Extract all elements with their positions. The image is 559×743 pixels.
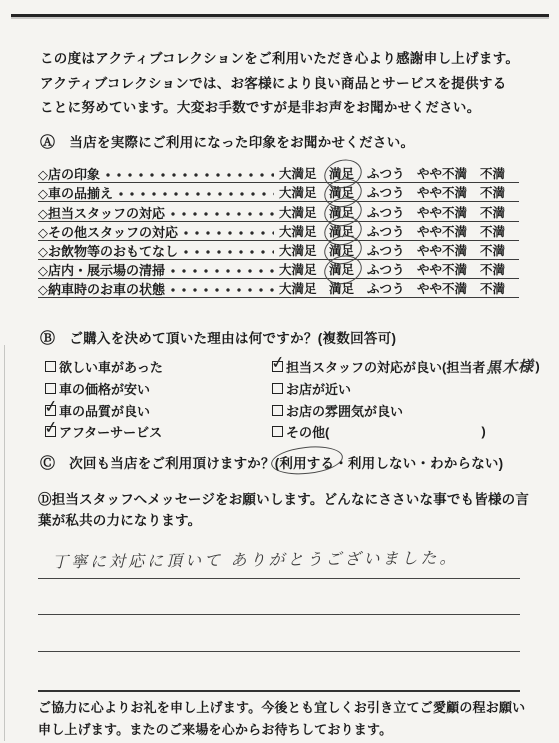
- section-a-title: 当店を実際にご利用になった印象をお聞かせください。: [69, 135, 414, 150]
- rating-option-manzoku: 満足: [329, 282, 357, 297]
- rating-option-fuman: 不満: [480, 167, 507, 182]
- rating-option-daimanzoku: 大満足: [279, 167, 319, 182]
- rating-row-store-impression: ◇店の印象 大満足 満足 ふつう やや不満 不満: [38, 164, 519, 183]
- rating-row-delivery-condition: ◇納車時のお車の状態 大満足 満足 ふつう やや不満 不満: [38, 279, 519, 298]
- checkbox-item-staff-good: 担当スタッフの対応が良い(担当者 黒木様 ): [272, 356, 532, 378]
- scan-edge-artifact: [4, 345, 5, 741]
- dot-leader: [103, 167, 274, 181]
- checkbox-item-wanted-car: 欲しい車があった: [45, 356, 265, 378]
- rating-option-fuman: 不満: [480, 186, 507, 201]
- option-riyoushinai: 利用しない: [348, 452, 417, 472]
- rating-option-futsuu: ふつう: [367, 186, 407, 201]
- option-riyousuru: 利用する: [279, 452, 334, 472]
- checkbox: [272, 426, 283, 437]
- checkbox-label: 車の品質が良い: [59, 401, 150, 420]
- footer-separator-line: [38, 690, 520, 692]
- rating-option-fuman: 不満: [480, 282, 507, 297]
- option-separator: ・: [416, 456, 430, 471]
- rating-row-label: ◇車の品揃え: [38, 186, 113, 201]
- section-c-question: Ⓒ次回も当店をご利用頂けますか？(利用する・利用しない・わからない): [40, 452, 503, 473]
- intro-line-1: この度はアクティブコレクションをご利用いただき心より感謝申し上げます。: [40, 47, 532, 72]
- rating-option-fuman: 不満: [480, 263, 507, 278]
- rating-option-daimanzoku: 大満足: [279, 206, 319, 221]
- rating-row-car-selection: ◇車の品揃え 大満足 満足 ふつう やや不満 不満: [38, 183, 519, 202]
- rating-option-daimanzoku: 大満足: [279, 263, 319, 278]
- handwritten-staff-name: 黒木様: [486, 356, 535, 379]
- rating-row-label: ◇お飲物等のおもてなし: [38, 244, 178, 259]
- checkbox-label: お店の雰囲気が良い: [286, 401, 403, 420]
- checkbox: [272, 361, 283, 372]
- dot-leader: [168, 263, 274, 277]
- footer-thanks-paragraph: ご協力に心よりお礼を申し上げます。今後とも宜しくお引き立てご愛顧の程お願い申し上…: [38, 697, 534, 741]
- rating-options: 大満足 満足 ふつう やや不満 不満: [279, 186, 519, 201]
- checkbox-item-other: その他( ): [272, 421, 532, 443]
- message-ruled-line: [38, 651, 520, 652]
- checkbox-item-store-atmosphere: お店の雰囲気が良い: [272, 399, 532, 421]
- checkbox-label-close-paren: ): [481, 424, 485, 439]
- rating-option-futsuu: ふつう: [367, 263, 407, 278]
- checkbox-label-close-paren: ): [535, 359, 539, 374]
- checkbox: [272, 383, 283, 394]
- rating-option-yayafuman: やや不満: [417, 186, 470, 201]
- rating-options: 大満足 満足 ふつう やや不満 不満: [279, 167, 519, 182]
- dot-leader: [168, 282, 274, 296]
- checkbox-label: 欲しい車があった: [59, 357, 163, 376]
- intro-line-3: ことに努めています。大変お手数ですが是非お声をお聞かせください。: [40, 96, 532, 121]
- rating-option-yayafuman: やや不満: [417, 263, 470, 278]
- rating-option-manzoku: 満足: [329, 186, 357, 201]
- rating-options: 大満足 満足 ふつう やや不満 不満: [279, 244, 519, 259]
- message-ruled-line: [38, 614, 520, 615]
- rating-option-futsuu: ふつう: [367, 282, 407, 297]
- section-b-header: Ⓑご購入を決めて頂いた理由は何ですか？(複数回答可): [40, 327, 396, 348]
- checkbox-label: 担当スタッフの対応が良い(担当者: [286, 357, 485, 376]
- checkbox: [45, 383, 56, 394]
- checkbox: [45, 426, 56, 437]
- checkbox-item-cheap-price: 車の価格が安い: [45, 378, 265, 400]
- rating-option-daimanzoku: 大満足: [279, 186, 319, 201]
- rating-row-label: ◇担当スタッフの対応: [38, 206, 165, 221]
- checkbox: [45, 405, 56, 416]
- rating-option-futsuu: ふつう: [367, 225, 407, 240]
- checkbox-label: アフターサービス: [59, 422, 162, 441]
- checkbox-column-left: 欲しい車があった 車の価格が安い 車の品質が良い アフターサービス: [45, 356, 265, 443]
- message-ruled-line: [38, 578, 520, 579]
- rating-options: 大満足 満足 ふつう やや不満 不満: [279, 282, 519, 297]
- rating-options: 大満足 満足 ふつう やや不満 不満: [279, 206, 519, 221]
- section-b-marker: Ⓑ: [40, 330, 55, 347]
- rating-option-daimanzoku: 大満足: [279, 225, 319, 240]
- rating-row-label: ◇店の印象: [38, 167, 100, 182]
- section-d-marker: Ⓓ: [38, 492, 52, 507]
- rating-option-fuman: 不満: [480, 225, 507, 240]
- survey-page: この度はアクティブコレクションをご利用いただき心より感謝申し上げます。 アクティ…: [0, 0, 559, 743]
- checkbox-item-store-near: お店が近い: [272, 378, 532, 400]
- rating-option-yayafuman: やや不満: [417, 167, 470, 182]
- top-border-rule: [11, 14, 549, 17]
- section-d-prompt: Ⓓ担当スタッフへメッセージをお願いします。どんなにささいな事でも皆様の言葉が私共…: [38, 489, 532, 531]
- checkbox-label: その他(: [286, 422, 329, 441]
- rating-row-label: ◇店内・展示場の清掃: [38, 263, 165, 278]
- section-c-marker: Ⓒ: [40, 455, 55, 472]
- option-wakaranai: わからない: [430, 452, 499, 472]
- rating-row-label: ◇納車時のお車の状態: [38, 282, 165, 297]
- dot-leader: [116, 186, 274, 200]
- rating-option-yayafuman: やや不満: [417, 282, 470, 297]
- rating-option-manzoku: 満足: [329, 167, 357, 182]
- rating-option-fuman: 不満: [480, 206, 507, 221]
- rating-row-drinks-hospitality: ◇お飲物等のおもてなし 大満足 満足 ふつう やや不満 不満: [38, 241, 519, 260]
- checkbox: [45, 361, 56, 372]
- rating-option-manzoku: 満足: [329, 225, 357, 240]
- rating-row-label: ◇その他スタッフの対応: [38, 225, 178, 240]
- dot-leader: [181, 244, 274, 258]
- rating-row-showroom-cleanliness: ◇店内・展示場の清掃 大満足 満足 ふつう やや不満 不満: [38, 260, 519, 279]
- rating-option-yayafuman: やや不満: [417, 206, 470, 221]
- rating-row-staff-response: ◇担当スタッフの対応 大満足 満足 ふつう やや不満 不満: [38, 202, 519, 221]
- section-b-title: ご購入を決めて頂いた理由は何ですか？(複数回答可): [69, 331, 396, 346]
- section-a-header: Ⓐ当店を実際にご利用になった印象をお聞かせください。: [40, 131, 414, 152]
- checkbox-label: 車の価格が安い: [59, 379, 150, 398]
- rating-options: 大満足 満足 ふつう やや不満 不満: [279, 225, 519, 240]
- rating-option-yayafuman: やや不満: [417, 244, 470, 259]
- checkbox-label: お店が近い: [286, 379, 351, 398]
- checkbox-item-good-quality: 車の品質が良い: [45, 399, 265, 421]
- rating-option-futsuu: ふつう: [367, 167, 407, 182]
- rating-option-yayafuman: やや不満: [417, 225, 470, 240]
- dot-leader: [181, 225, 274, 239]
- section-d-text: 担当スタッフへメッセージをお願いします。どんなにささいな事でも皆様の言葉が私共の…: [38, 492, 529, 528]
- rating-option-manzoku: 満足: [329, 206, 357, 221]
- checkbox-column-right: 担当スタッフの対応が良い(担当者 黒木様 ) お店が近い お店の雰囲気が良い そ…: [272, 356, 532, 443]
- section-c-prefix: 次回も当店をご利用頂けますか？(: [69, 456, 279, 471]
- rating-option-manzoku: 満足: [329, 263, 357, 278]
- rating-option-futsuu: ふつう: [367, 206, 407, 221]
- rating-row-other-staff: ◇その他スタッフの対応 大満足 満足 ふつう やや不満 不満: [38, 222, 519, 241]
- rating-option-futsuu: ふつう: [367, 244, 407, 259]
- checkbox: [272, 405, 283, 416]
- rating-option-fuman: 不満: [480, 244, 507, 259]
- handwritten-message: 丁寧に対応に頂いて ありがとうございました。: [52, 545, 512, 573]
- section-a-marker: Ⓐ: [40, 134, 55, 151]
- rating-option-manzoku: 満足: [329, 244, 357, 259]
- checkbox-item-after-service: アフターサービス: [45, 421, 265, 443]
- rating-option-daimanzoku: 大満足: [279, 282, 319, 297]
- intro-paragraph: この度はアクティブコレクションをご利用いただき心より感謝申し上げます。 アクティ…: [40, 47, 532, 121]
- intro-line-2: アクティブコレクションでは、お客様により良い商品とサービスを提供する: [40, 72, 532, 97]
- rating-table: ◇店の印象 大満足 満足 ふつう やや不満 不満 ◇車の品揃え 大満足 満足 ふ…: [38, 164, 519, 298]
- dot-leader: [168, 206, 274, 220]
- rating-options: 大満足 満足 ふつう やや不満 不満: [279, 263, 519, 278]
- section-c-close-paren: ): [499, 456, 504, 471]
- rating-option-daimanzoku: 大満足: [279, 244, 319, 259]
